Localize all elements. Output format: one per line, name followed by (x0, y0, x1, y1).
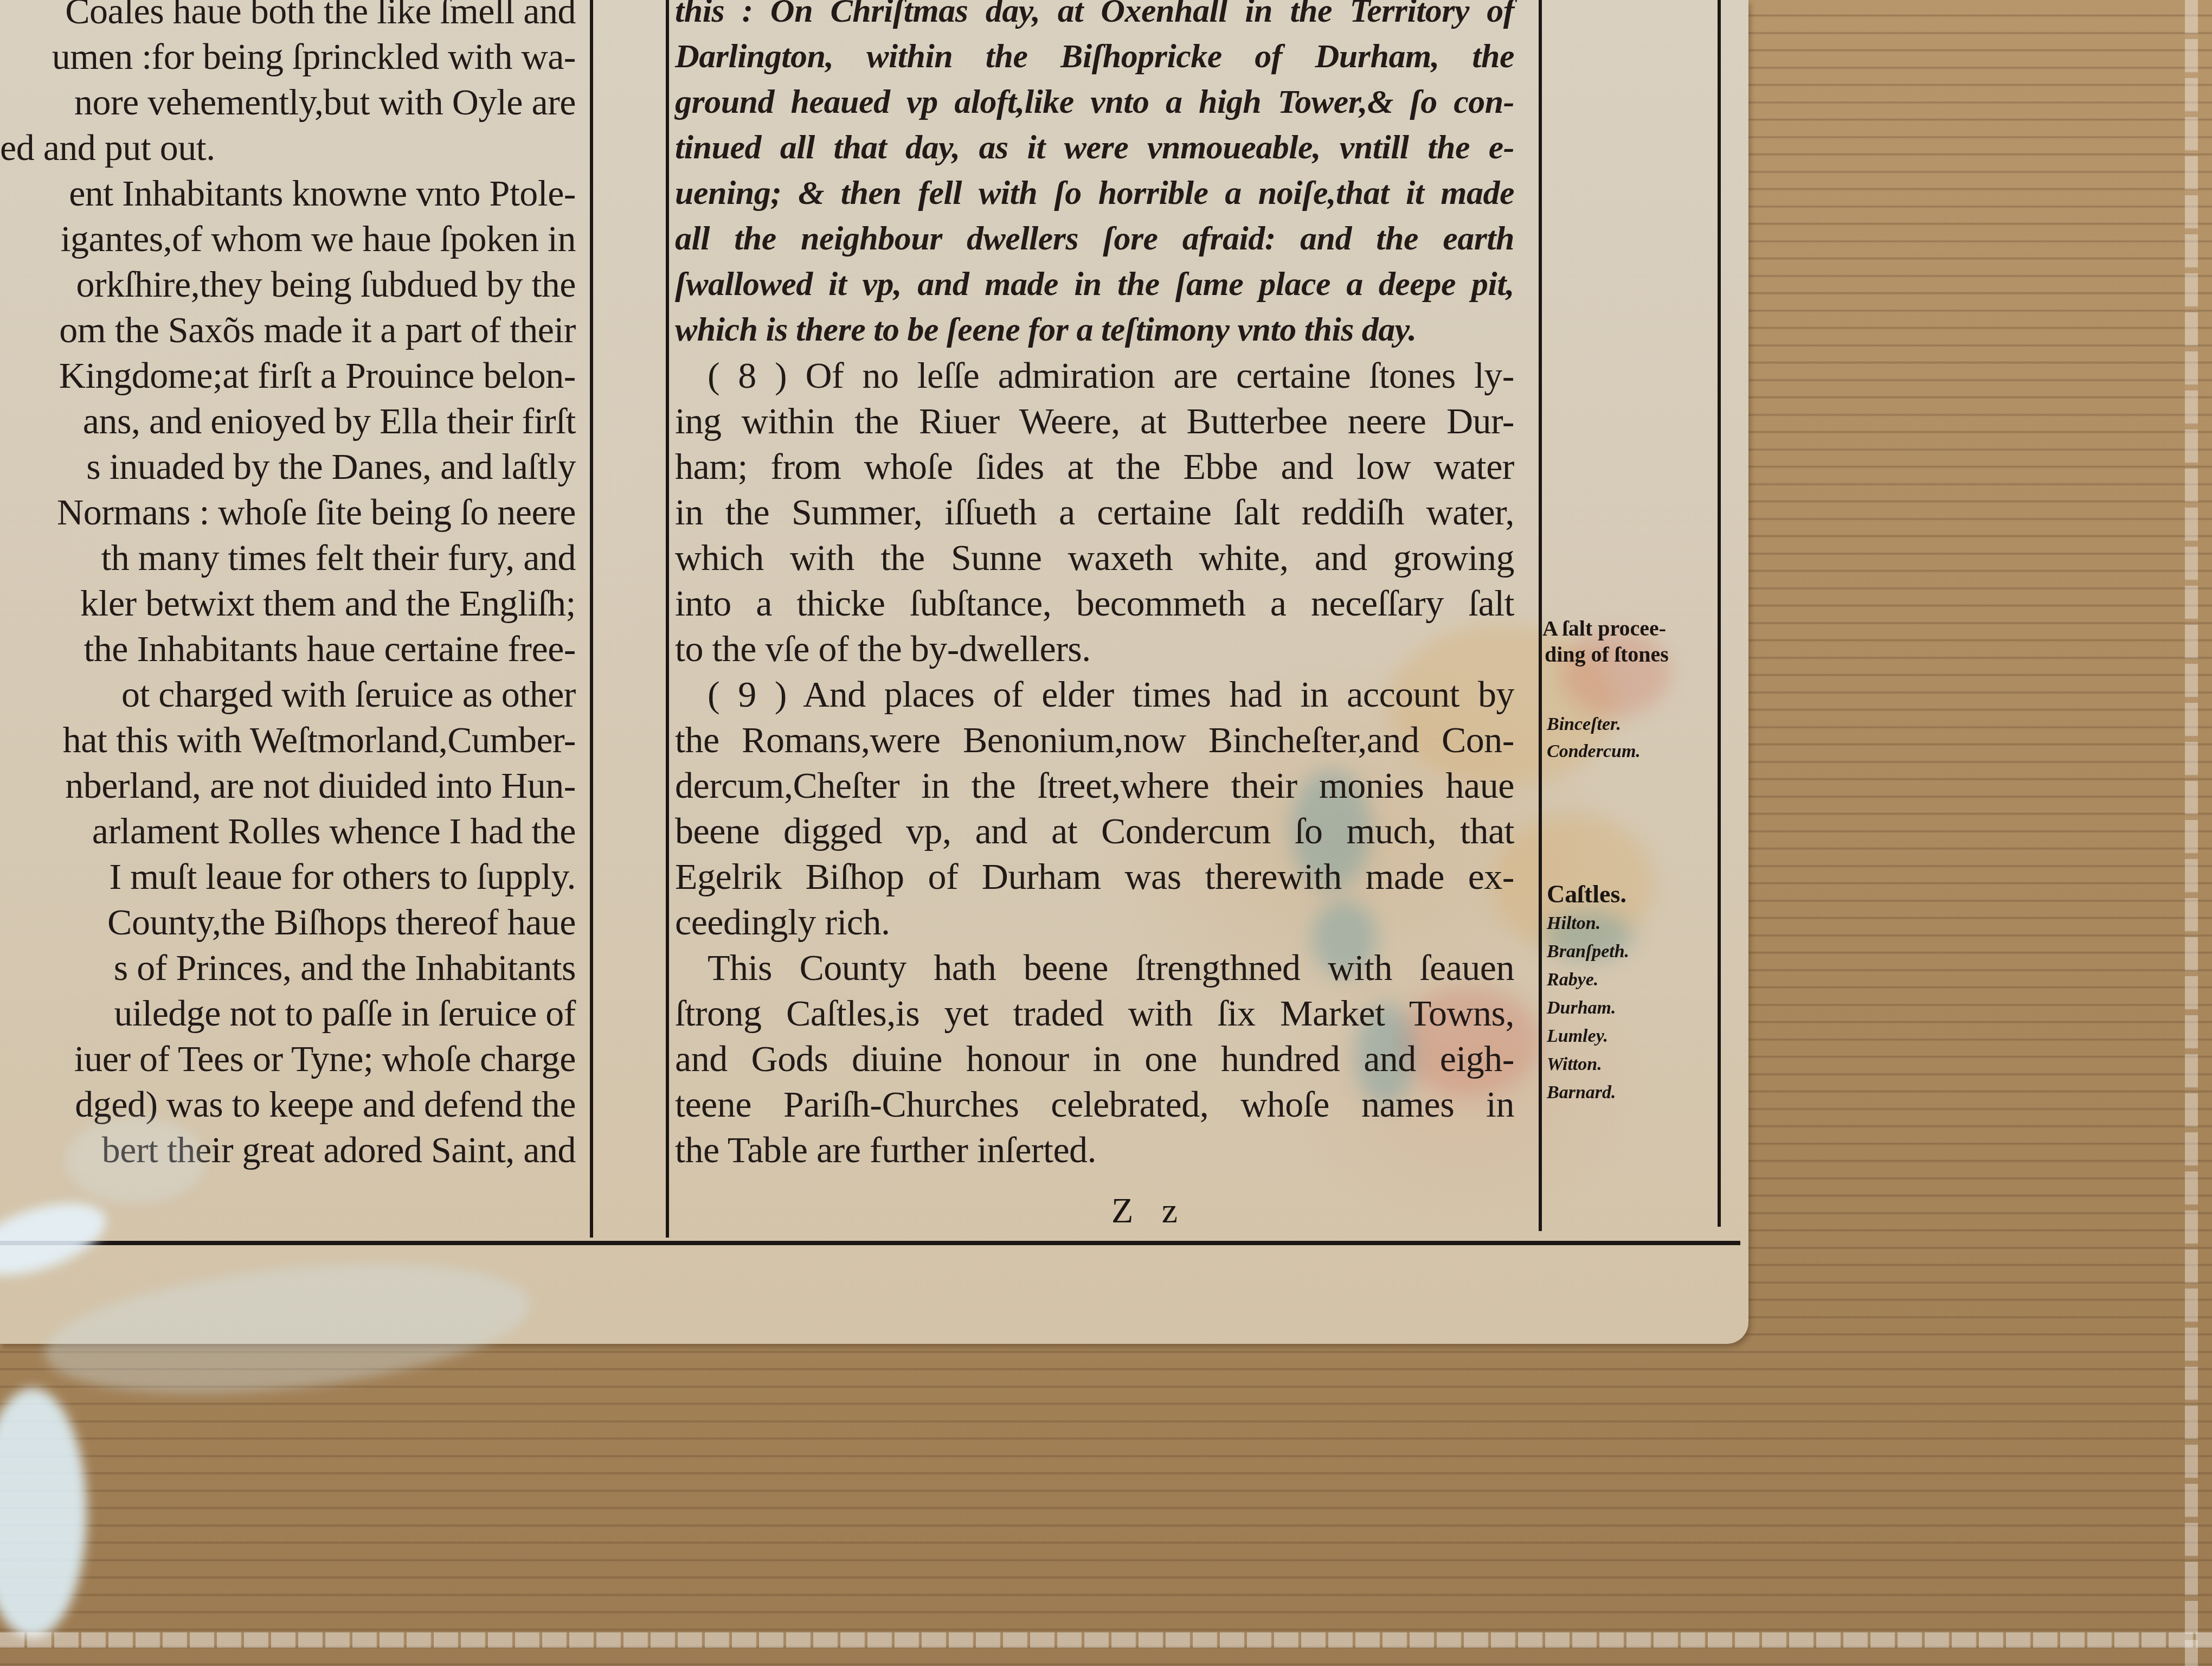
text-line: igantes,of whom we haue ſpoken in (0, 216, 576, 261)
text-line: beene digged vp, and at Condercum ſo muc… (675, 808, 1514, 854)
text-line: all the neighbour dwellers ſore afraid: … (675, 216, 1514, 261)
castle-name: Branſpeth. (1547, 938, 1716, 966)
text-line: ed and put out. (0, 125, 576, 170)
text-line: teene Pariſh-Churches celebrated, whoſe … (675, 1081, 1514, 1127)
note-line: ding of ſtones (1542, 642, 1716, 668)
text-line: hat this with Weſtmorland,Cumber- (0, 717, 576, 762)
text-line: s inuaded by the Danes, and laſtly (0, 444, 576, 489)
text-line: s of Princes, and the Inhabitants (0, 945, 576, 990)
text-line: dged) was to keepe and defend the (0, 1081, 576, 1127)
text-line: Normans : whoſe ſite being ſo neere (0, 489, 576, 535)
note-line: Condercum. (1547, 738, 1716, 765)
text-line: the Table are further inſerted. (675, 1127, 1514, 1172)
text-line: tinued all that day, as it were vnmoueab… (675, 125, 1514, 170)
note-line: Binceſter. (1547, 711, 1716, 738)
text-line: which is there to be ſeene for a teſtimo… (675, 307, 1514, 353)
text-line: ent Inhabitants knowne vnto Ptole- (0, 170, 576, 216)
text-line: ground heaued vp aloft,like vnto a high … (675, 79, 1514, 125)
text-line: which with the Sunne waxeth white, and g… (675, 535, 1514, 580)
text-line: ſtrong Caſtles,is yet traded with ſix Ma… (675, 990, 1514, 1036)
castle-name: Lumley. (1547, 1022, 1716, 1050)
text-line: th many times felt their fury, and (0, 535, 576, 580)
text-line: orkſhire,they being ſubdued by the (0, 261, 576, 307)
text-line: umen :for being ſprinckled with wa- (0, 34, 576, 79)
text-line: Darlington, within the Biſhopricke of Du… (675, 34, 1514, 79)
column-rule-left (590, 0, 593, 1238)
text-line: Kingdome;at firſt a Prouince belon- (0, 353, 576, 398)
margin-note-salt: A ſalt procee- ding of ſtones (1542, 616, 1716, 668)
note-line: A ſalt procee- (1542, 616, 1716, 642)
castles-heading: Caſtles. (1547, 879, 1716, 909)
text-line: nore vehemently,but with Oyle are (0, 79, 576, 125)
text-line: and Gods diuine honour in one hundred an… (675, 1036, 1514, 1081)
text-line: Egelrik Biſhop of Durham was therewith m… (675, 854, 1514, 899)
margin-note-roman-places: Binceſter. Condercum. (1542, 711, 1716, 765)
column-rule-outer (1718, 0, 1721, 1227)
text-line: uiledge not to paſſe in ſeruice of (0, 990, 576, 1036)
castle-name: Rabye. (1547, 966, 1716, 994)
paragraph-8-salt-stones: ( 8 ) Of no leſſe admiration are certain… (675, 353, 1514, 671)
margin-notes: A ſalt procee- ding of ſtones Binceſter.… (1542, 616, 1716, 1107)
text-line: ceedingly rich. (675, 899, 1514, 945)
text-line: into a thicke ſubſtance, becommeth a nec… (675, 580, 1514, 626)
text-line: ing within the Riuer Weere, at Butterbee… (675, 398, 1514, 444)
text-line: this : On Chriſtmas day, at Oxenhall in … (675, 0, 1514, 34)
text-line: Coales haue both the like ſmell and (0, 0, 576, 34)
text-line: the Romans,were Benonium,now Bincheſter,… (675, 717, 1514, 762)
plastic-sleeve-bottom-edge (0, 1632, 2212, 1648)
castle-name: Witton. (1547, 1050, 1716, 1079)
text-line: County,the Biſhops thereof haue (0, 899, 576, 945)
text-line: nberland, are not diuided into Hun- (0, 762, 576, 808)
text-line: bert their great adored Saint, and (0, 1127, 576, 1172)
column-rule-middle-left (666, 0, 669, 1238)
text-line: dercum,Cheſter in the ſtreet,where their… (675, 762, 1514, 808)
margin-note-castles: Caſtles. Hilton. Branſpeth. Rabye. Durha… (1542, 879, 1716, 1107)
castle-name: Hilton. (1547, 909, 1716, 938)
text-line: the Inhabitants haue certaine free- (0, 626, 576, 671)
text-line: ( 9 ) And places of elder times had in a… (675, 671, 1514, 717)
book-page: Coales haue both the like ſmell and umen… (0, 0, 1748, 1344)
text-line: ham; from whoſe ſides at the Ebbe and lo… (675, 444, 1514, 489)
column-rule-middle-right (1539, 0, 1542, 1231)
italic-paragraph-oxenhall: this : On Chriſtmas day, at Oxenhall in … (675, 0, 1514, 353)
paragraph-9-roman-places: ( 9 ) And places of elder times had in a… (675, 671, 1514, 945)
text-line: This County hath beene ſtrengthned with … (675, 945, 1514, 990)
plastic-sleeve-right-edge (2185, 0, 2198, 1666)
text-line: kler betwixt them and the Engliſh; (0, 580, 576, 626)
text-line: uening; & then fell with ſo horrible a n… (675, 170, 1514, 216)
castle-name: Durham. (1547, 994, 1716, 1022)
text-line: I muſt leaue for others to ſupply. (0, 854, 576, 899)
text-line: ans, and enioyed by Ella their firſt (0, 398, 576, 444)
bottom-frame-rule (0, 1241, 1740, 1245)
text-line: ( 8 ) Of no leſſe admiration are certain… (675, 353, 1514, 398)
text-line: ot charged with ſeruice as other (0, 671, 576, 717)
text-line: ſwallowed it vp, and made in the ſame pl… (675, 261, 1514, 307)
signature-mark: Z z (1111, 1190, 1187, 1232)
main-text-column: this : On Chriſtmas day, at Oxenhall in … (675, 0, 1514, 1172)
text-line: om the Saxõs made it a part of their (0, 307, 576, 353)
text-line: iuer of Tees or Tyne; whoſe charge (0, 1036, 576, 1081)
left-text-column: Coales haue both the like ſmell and umen… (0, 0, 576, 1172)
text-line: to the vſe of the by-dwellers. (675, 626, 1514, 671)
closing-paragraph-castles: This County hath beene ſtrengthned with … (675, 945, 1514, 1172)
text-line: in the Summer, iſſueth a certaine ſalt r… (675, 489, 1514, 535)
castle-name: Barnard. (1547, 1079, 1716, 1107)
text-line: arlament Rolles whence I had the (0, 808, 576, 854)
